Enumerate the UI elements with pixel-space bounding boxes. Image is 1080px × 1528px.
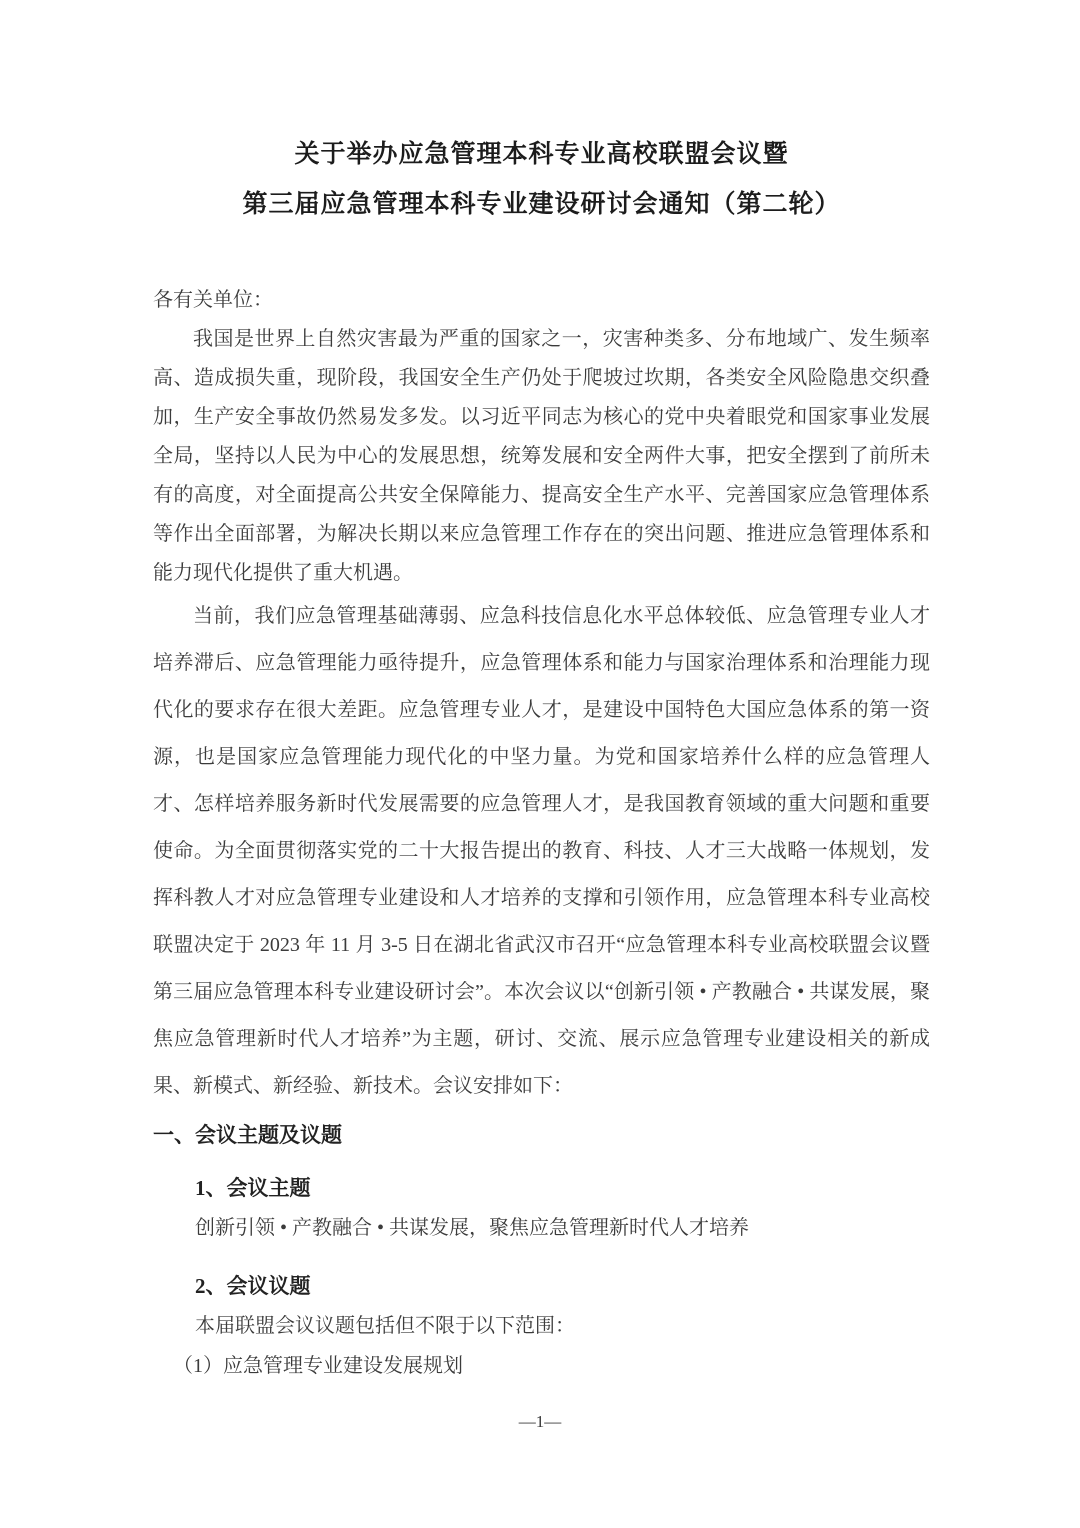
body-paragraph-2: 当前，我们应急管理基础薄弱、应急科技信息化水平总体较低、应急管理专业人才培养滞后… (153, 593, 930, 1110)
document-page: 关于举办应急管理本科专业高校联盟会议暨 第三届应急管理本科专业建设研讨会通知（第… (0, 0, 1080, 1528)
conference-theme-text: 创新引领 • 产教融合 • 共谋发展，聚焦应急管理新时代人才培养 (195, 1208, 930, 1248)
agenda-item-1: （1）应急管理专业建设发展规划 (173, 1346, 930, 1386)
subsection-heading-agenda: 2、会议议题 (195, 1266, 930, 1306)
subsection-heading-theme: 1、会议主题 (195, 1168, 930, 1208)
title-line-2: 第三届应急管理本科专业建设研讨会通知（第二轮） (153, 180, 930, 230)
page-number: —1— (0, 1412, 1080, 1432)
title-line-1: 关于举办应急管理本科专业高校联盟会议暨 (153, 130, 930, 180)
section-heading-topics: 一、会议主题及议题 (153, 1115, 930, 1155)
agenda-intro-text: 本届联盟会议议题包括但不限于以下范围： (195, 1306, 930, 1346)
salutation: 各有关单位： (153, 280, 930, 320)
document-title: 关于举办应急管理本科专业高校联盟会议暨 第三届应急管理本科专业建设研讨会通知（第… (153, 130, 930, 230)
body-paragraph-1: 我国是世界上自然灾害最为严重的国家之一，灾害种类多、分布地域广、发生频率高、造成… (153, 320, 930, 593)
